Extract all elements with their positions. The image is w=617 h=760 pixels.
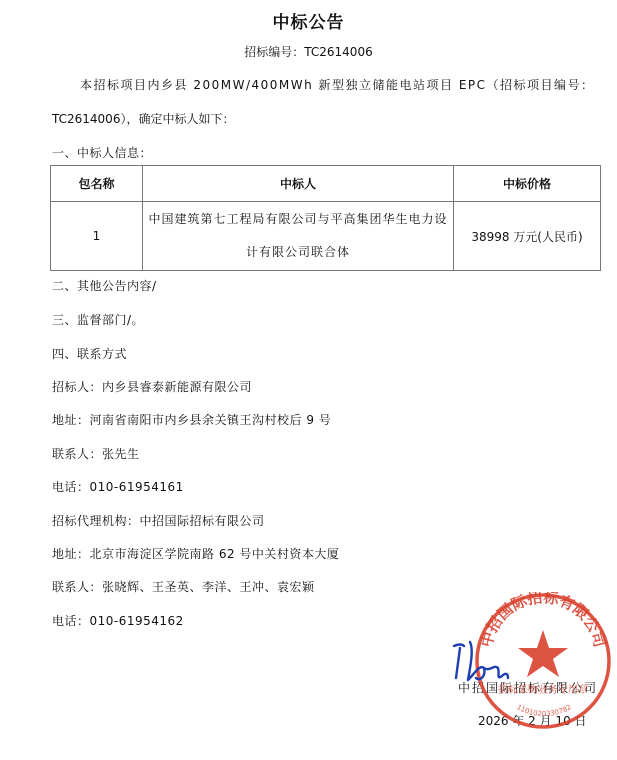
- award-table: 包名称 中标人 中标价格 1 中国建筑第七工程局有限公司与平高集团华生电力设 计…: [50, 165, 601, 271]
- table-header-row: 包名称 中标人 中标价格: [51, 166, 601, 202]
- header-price: 中标价格: [454, 166, 601, 202]
- winner-line1: 中国建筑第七工程局有限公司与平高集团华生电力设: [144, 203, 452, 236]
- section1-heading: 一、中标人信息：: [52, 144, 152, 161]
- tenderer-address: 地址：河南省南阳市内乡县余关镇王沟村校后 9 号: [52, 411, 331, 428]
- seal-inner-text: 招标采购业务专用章: [498, 683, 588, 696]
- seal-serial: 1101020330782: [515, 703, 572, 718]
- tenderer-contact: 联系人：张先生: [52, 445, 140, 462]
- handwritten-signature-icon: [450, 638, 510, 688]
- agency-contact: 联系人：张晓辉、王圣英、李洋、王冲、袁宏颖: [52, 578, 315, 595]
- agency-name: 招标代理机构：中招国际招标有限公司: [52, 512, 265, 529]
- tenderer-name: 招标人：内乡县睿泰新能源有限公司: [52, 378, 252, 395]
- header-winner: 中标人: [143, 166, 454, 202]
- cell-winner: 中国建筑第七工程局有限公司与平高集团华生电力设 计有限公司联合体: [143, 202, 454, 271]
- announcement-title: 中标公告: [0, 8, 617, 33]
- cell-price: 38998 万元(人民币): [454, 202, 601, 271]
- intro-paragraph-line1: 本招标项目内乡县 200MW/400MWh 新型独立储能电站项目 EPC（招标项…: [80, 76, 595, 93]
- cell-package: 1: [51, 202, 143, 271]
- intro-paragraph-line2: TC2614006），确定中标人如下：: [52, 110, 234, 127]
- section2: 二、其他公告内容/: [52, 277, 157, 294]
- bid-number: 招标编号：TC2614006: [0, 43, 617, 60]
- section4-heading: 四、联系方式: [52, 345, 127, 362]
- agency-address: 地址：北京市海淀区学院南路 62 号中关村资本大厦: [52, 545, 339, 562]
- winner-line2: 计有限公司联合体: [144, 236, 452, 269]
- section3: 三、监督部门/。: [52, 311, 144, 328]
- header-package: 包名称: [51, 166, 143, 202]
- agency-phone: 电话：010-61954162: [52, 612, 184, 629]
- svg-text:1101020330782: 1101020330782: [515, 703, 572, 718]
- tenderer-phone: 电话：010-61954161: [52, 478, 184, 495]
- table-row: 1 中国建筑第七工程局有限公司与平高集团华生电力设 计有限公司联合体 38998…: [51, 202, 601, 271]
